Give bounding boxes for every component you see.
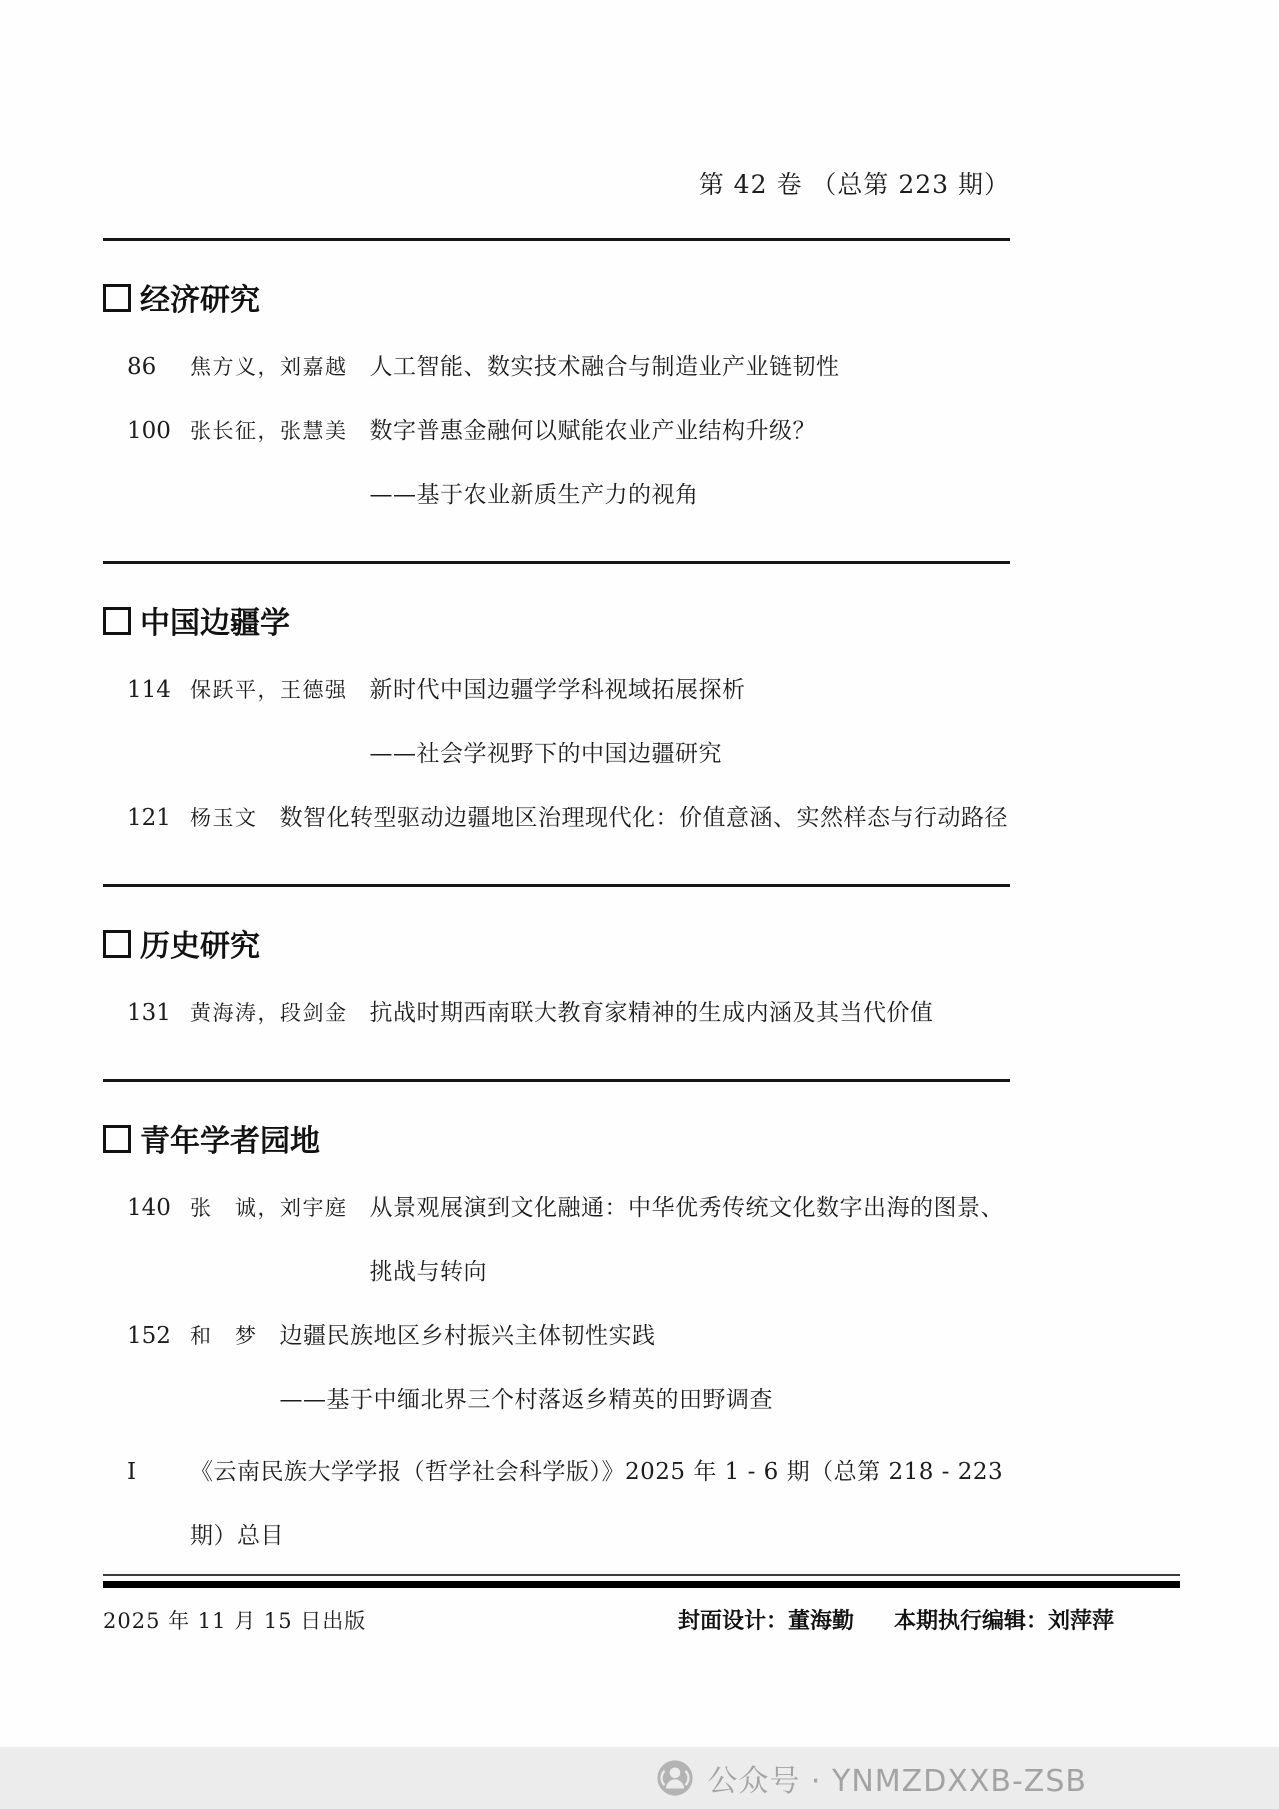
- entry-page-number: 131: [103, 981, 190, 1045]
- entry-title-cell: 新时代中国边疆学学科视域拓展探析——社会学视野下的中国边疆研究: [370, 658, 1011, 786]
- wechat-official-account-icon: [656, 1759, 694, 1797]
- section-heading: 历史研究: [103, 927, 1010, 967]
- entry-subtitle: ——基于中缅北界三个村落返乡精英的田野调查: [280, 1368, 1011, 1432]
- entry-subtitle: ——基于农业新质生产力的视角: [370, 463, 1011, 527]
- index-roman-numeral: Ⅰ: [103, 1440, 190, 1504]
- watermark-text: 公众号 · YNMZDXXB-ZSB: [707, 1756, 1087, 1800]
- index-entry-text: 《云南民族大学学报（哲学社会科学版）》2025 年 1 - 6 期（总第 218…: [190, 1440, 1010, 1568]
- entry-subtitle: ——社会学视野下的中国边疆研究: [370, 722, 1011, 786]
- footer-thin-rule: [103, 1574, 1180, 1576]
- square-bullet-icon: [103, 607, 131, 635]
- footer-credits: 封面设计：董海勤 本期执行编辑：刘萍萍: [678, 1604, 1180, 1635]
- section-heading-label: 经济研究: [140, 283, 260, 318]
- entry-title-cell: 数字普惠金融何以赋能农业产业结构升级？——基于农业新质生产力的视角: [370, 399, 1011, 527]
- entry-authors: 黄海涛，段剑金: [190, 981, 348, 1045]
- toc-entry: 121 杨玉文 数智化转型驱动边疆地区治理现代化：价值意涵、实然样态与行动路径: [103, 786, 1010, 850]
- section-entries: 86 焦方义，刘嘉越 人工智能、数实技术融合与制造业产业链韧性 100 张长征，…: [103, 335, 1010, 527]
- section-heading-label: 历史研究: [140, 929, 260, 964]
- entry-page-number: 152: [103, 1304, 190, 1368]
- square-bullet-icon: [103, 930, 131, 958]
- page-footer: 2025 年 11 月 15 日出版 封面设计：董海勤 本期执行编辑：刘萍萍: [103, 1574, 1180, 1635]
- entry-page-number: 121: [103, 786, 190, 850]
- entry-authors: 保跃平，王德强: [190, 658, 348, 722]
- section-heading-label: 青年学者园地: [140, 1124, 320, 1159]
- section-entries: 140 张 诚，刘宇庭 从景观展演到文化融通：中华优秀传统文化数字出海的图景、挑…: [103, 1176, 1010, 1432]
- section-entries: 131 黄海涛，段剑金 抗战时期西南联大教育家精神的生成内涵及其当代价值: [103, 981, 1010, 1045]
- entry-authors: 和 梦: [190, 1304, 258, 1368]
- entry-title: 数字普惠金融何以赋能农业产业结构升级？: [370, 418, 817, 444]
- entry-title-cell: 边疆民族地区乡村振兴主体韧性实践——基于中缅北界三个村落返乡精英的田野调查: [280, 1304, 1011, 1432]
- toc-entry: 140 张 诚，刘宇庭 从景观展演到文化融通：中华优秀传统文化数字出海的图景、挑…: [103, 1176, 1010, 1304]
- section-history-research: 历史研究 131 黄海涛，段剑金 抗战时期西南联大教育家精神的生成内涵及其当代价…: [103, 887, 1010, 1082]
- section-economics: 经济研究 86 焦方义，刘嘉越 人工智能、数实技术融合与制造业产业链韧性 100…: [103, 241, 1010, 564]
- publish-date: 2025 年 11 月 15 日出版: [103, 1605, 366, 1635]
- entry-authors: 张 诚，刘宇庭: [190, 1176, 348, 1240]
- square-bullet-icon: [103, 1125, 131, 1153]
- entry-title: 人工智能、数实技术融合与制造业产业链韧性: [370, 354, 840, 380]
- cumulative-index-entry: Ⅰ 《云南民族大学学报（哲学社会科学版）》2025 年 1 - 6 期（总第 2…: [103, 1440, 1010, 1568]
- entry-page-number: 86: [103, 335, 190, 399]
- section-entries: 114 保跃平，王德强 新时代中国边疆学学科视域拓展探析——社会学视野下的中国边…: [103, 658, 1010, 850]
- entry-title-cell: 人工智能、数实技术融合与制造业产业链韧性: [370, 335, 1011, 399]
- page-header: 第 42 卷 （总第 223 期）: [103, 0, 1010, 241]
- toc-entry: 114 保跃平，王德强 新时代中国边疆学学科视域拓展探析——社会学视野下的中国边…: [103, 658, 1010, 786]
- entry-authors: 焦方义，刘嘉越: [190, 335, 348, 399]
- entry-page-number: 100: [103, 399, 190, 463]
- entry-authors: 张长征，张慧美: [190, 399, 348, 463]
- entry-authors: 杨玉文: [190, 786, 258, 850]
- footer-thick-rule: [103, 1581, 1180, 1588]
- entry-title-cell: 数智化转型驱动边疆地区治理现代化：价值意涵、实然样态与行动路径: [280, 786, 1011, 850]
- entry-title: 抗战时期西南联大教育家精神的生成内涵及其当代价值: [370, 1000, 934, 1026]
- section-heading: 经济研究: [103, 281, 1010, 321]
- section-heading-label: 中国边疆学: [140, 606, 290, 641]
- section-china-borderland-studies: 中国边疆学 114 保跃平，王德强 新时代中国边疆学学科视域拓展探析——社会学视…: [103, 564, 1010, 887]
- watermark-bar: 公众号 · YNMZDXXB-ZSB: [0, 1747, 1279, 1809]
- entry-title: 边疆民族地区乡村振兴主体韧性实践: [280, 1323, 656, 1349]
- section-young-scholars: 青年学者园地 140 张 诚，刘宇庭 从景观展演到文化融通：中华优秀传统文化数字…: [103, 1082, 1010, 1602]
- section-heading: 中国边疆学: [103, 604, 1010, 644]
- entry-title-cell: 抗战时期西南联大教育家精神的生成内涵及其当代价值: [370, 981, 1011, 1045]
- entry-title: 新时代中国边疆学学科视域拓展探析: [370, 677, 746, 703]
- entry-title-cell: 从景观展演到文化融通：中华优秀传统文化数字出海的图景、挑战与转向: [370, 1176, 1011, 1304]
- entry-page-number: 140: [103, 1176, 190, 1240]
- toc-content: 第 42 卷 （总第 223 期） 经济研究 86 焦方义，刘嘉越 人工智能、数…: [103, 0, 1010, 1602]
- executive-editor-credit: 本期执行编辑：刘萍萍: [894, 1604, 1114, 1635]
- entry-title: 数智化转型驱动边疆地区治理现代化：价值意涵、实然样态与行动路径: [280, 805, 1009, 831]
- cover-design-credit: 封面设计：董海勤: [678, 1604, 854, 1635]
- journal-toc-page: 第 42 卷 （总第 223 期） 经济研究 86 焦方义，刘嘉越 人工智能、数…: [0, 0, 1279, 1809]
- volume-issue-info: 第 42 卷 （总第 223 期）: [103, 168, 1010, 202]
- square-bullet-icon: [103, 284, 131, 312]
- toc-entry: 152 和 梦 边疆民族地区乡村振兴主体韧性实践——基于中缅北界三个村落返乡精英…: [103, 1304, 1010, 1432]
- toc-entry: 100 张长征，张慧美 数字普惠金融何以赋能农业产业结构升级？——基于农业新质生…: [103, 399, 1010, 527]
- toc-entry: 86 焦方义，刘嘉越 人工智能、数实技术融合与制造业产业链韧性: [103, 335, 1010, 399]
- section-heading: 青年学者园地: [103, 1122, 1010, 1162]
- entry-title: 从景观展演到文化融通：中华优秀传统文化数字出海的图景、挑战与转向: [370, 1195, 1005, 1285]
- entry-page-number: 114: [103, 658, 190, 722]
- toc-entry: 131 黄海涛，段剑金 抗战时期西南联大教育家精神的生成内涵及其当代价值: [103, 981, 1010, 1045]
- footer-text-row: 2025 年 11 月 15 日出版 封面设计：董海勤 本期执行编辑：刘萍萍: [103, 1604, 1180, 1635]
